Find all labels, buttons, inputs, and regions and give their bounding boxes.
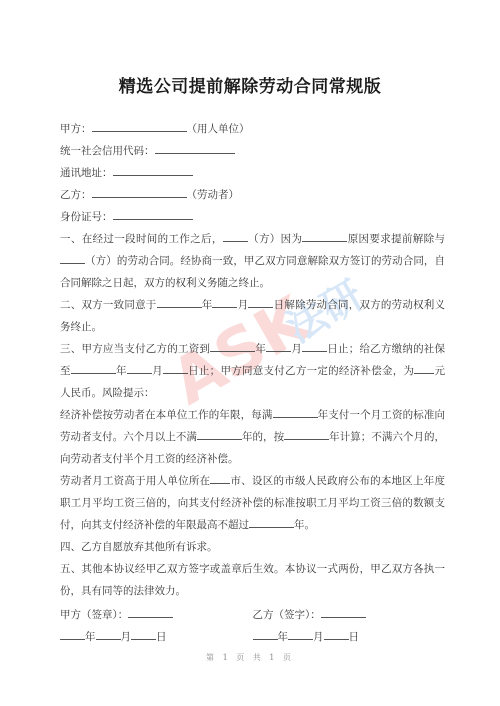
month-blank[interactable]: [96, 627, 121, 640]
clause-2: 二、双方一致同意于年月日解除劳动合同，双方的劳动权利义务终止。: [60, 294, 445, 338]
clause-1: 一、在经过一段时间的工作之后，（方）因为原因要求提前解除与（方）的劳动合同。经协…: [60, 228, 445, 294]
year-blank[interactable]: [253, 627, 278, 640]
date-party-b: 年月日: [253, 626, 446, 648]
field-credit-code: 统一社会信用代码：: [60, 140, 445, 162]
risk-note-1: 经济补偿按劳动者在本单位工作的年限，每满年支付一个月工资的标准向劳动者支付。六个…: [60, 404, 445, 470]
date-row: 年月日 年月日: [60, 626, 445, 648]
clause-5: 五、其他本协议经甲乙双方签字或盖章后生效。本协议一式两份，甲乙双方各执一份，具有…: [60, 558, 445, 602]
credit-code-blank[interactable]: [155, 141, 235, 154]
field-id-number: 身份证号：: [60, 206, 445, 228]
month-blank-2[interactable]: [127, 361, 152, 374]
month-blank[interactable]: [266, 339, 291, 352]
year-blank-2[interactable]: [71, 361, 116, 374]
field-party-b: 乙方：（劳动者）: [60, 184, 445, 206]
document-body: 甲方：（用人单位） 统一社会信用代码： 通讯地址： 乙方：（劳动者） 身份证号：…: [60, 118, 445, 648]
clause-3: 三、甲方应当支付乙方的工资到年月日止；给乙方缴纳的社保至年月日止；甲方同意支付乙…: [60, 338, 445, 404]
risk-note-2: 劳动者月工资高于用人单位所在市、设区的市级人民政府公布的本地区上年度职工月平均工…: [60, 470, 445, 536]
signature-b-blank[interactable]: [321, 605, 366, 618]
month-blank[interactable]: [212, 295, 237, 308]
amount-blank[interactable]: [414, 361, 434, 374]
day-blank[interactable]: [324, 627, 349, 640]
year-blank[interactable]: [210, 339, 255, 352]
years-blank-3[interactable]: [284, 427, 329, 440]
date-party-a: 年月日: [60, 626, 253, 648]
signature-a-blank[interactable]: [128, 605, 173, 618]
clause-4: 四、乙方自愿放弃其他所有诉求。: [60, 536, 445, 558]
signature-row: 甲方（签章）： 乙方（签字）：: [60, 604, 445, 626]
signature-party-b: 乙方（签字）：: [253, 604, 446, 626]
max-years-blank[interactable]: [249, 515, 294, 528]
day-blank[interactable]: [248, 295, 273, 308]
party-a-blank[interactable]: [92, 119, 187, 132]
years-blank-2[interactable]: [197, 427, 242, 440]
signature-party-a: 甲方（签章）：: [60, 604, 253, 626]
address-blank[interactable]: [113, 163, 193, 176]
document-title: 精选公司提前解除劳动合同常规版: [0, 72, 500, 97]
years-blank[interactable]: [273, 405, 318, 418]
party-blank-2[interactable]: [60, 251, 85, 264]
party-blank[interactable]: [223, 229, 248, 242]
day-blank[interactable]: [131, 627, 156, 640]
party-b-blank[interactable]: [92, 185, 187, 198]
year-blank[interactable]: [157, 295, 202, 308]
page-footer: 第 1 页 共 1 页: [0, 652, 500, 663]
day-blank[interactable]: [302, 339, 327, 352]
field-address: 通讯地址：: [60, 162, 445, 184]
reason-blank[interactable]: [302, 229, 347, 242]
day-blank-2[interactable]: [163, 361, 188, 374]
id-number-blank[interactable]: [113, 207, 193, 220]
city-blank[interactable]: [210, 471, 230, 484]
month-blank[interactable]: [288, 627, 313, 640]
year-blank[interactable]: [60, 627, 85, 640]
field-party-a: 甲方：（用人单位）: [60, 118, 445, 140]
